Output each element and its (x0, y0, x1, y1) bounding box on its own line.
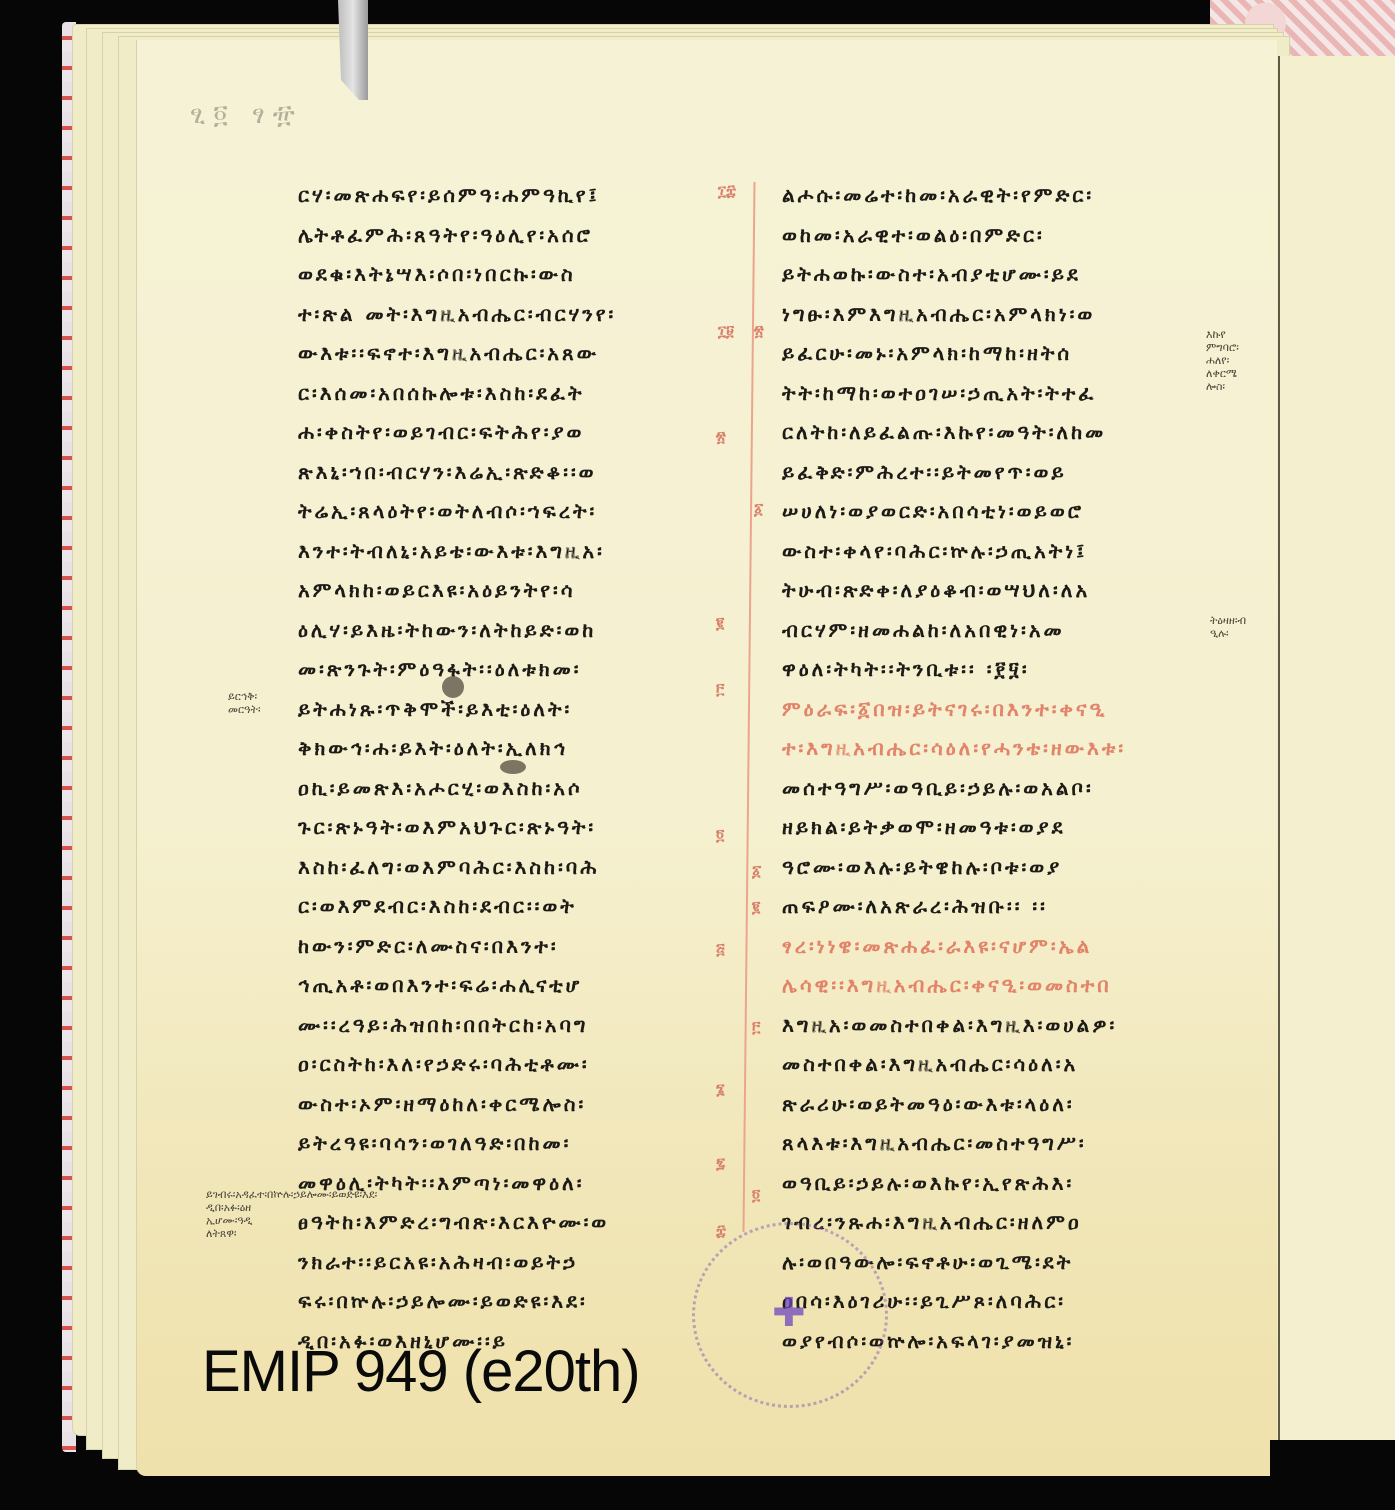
text-line: ብርሃም፡ዘመሐልከ፡ለአበዊነ፡አመ (782, 611, 1126, 651)
section-numeral: ፪ (716, 614, 724, 632)
text-line: እንተ፡ትብለኒ፡አይቴ፡ውእቱ፡እግዚአ፡ (298, 532, 616, 572)
section-numeral: ፬ (716, 826, 724, 844)
text-line: ሠሀለነ፡ወያወርድ፡አበሳቲነ፡ወይወሮ (782, 492, 1126, 532)
marginal-note: ትዕዛዘ፡ብ ዒሉ፡ (1210, 614, 1246, 640)
section-numeral: ፲፱ (718, 322, 734, 340)
section-numeral: ፮ (716, 1080, 725, 1098)
section-numeral: ፯ (716, 1154, 725, 1172)
text-line: ወከመ፡አራዊተ፡ወልዕ፡በምድር፡ (782, 216, 1126, 256)
section-numeral: ፳ (754, 322, 764, 340)
text-line: ዕሊሃ፡ይእዜ፡ትከውን፡ለትከይድ፡ወከ (298, 611, 616, 651)
text-line: ይፈቅድ፡ምሕረተ፡፡ይትመየጥ፡ወይ (782, 453, 1126, 493)
ink-stain (442, 676, 464, 698)
text-line: ጠፍዖሙ፡ለአጽራረ፡ሕዝቡ፡፡ ፡፡ (782, 887, 1126, 927)
image-caption: EMIP 949 (e20th) (202, 1338, 640, 1405)
text-line: ትሁብ፡ጽድቀ፡ለያዕቆብ፡ወሣህለ፡ለአ (782, 571, 1126, 611)
text-line: ትት፡ከማከ፡ወተዐገሠ፡ኃጢአት፡ትተፈ (782, 374, 1126, 414)
text-line: ውስተ፡ኦም፡ዘማዕከለ፡ቀርሜሎስ፡ (298, 1085, 616, 1125)
marginal-note: እኩየ ምግባሮ፡ ሐለየ፡ ለቀርሜ ሎስ፡ (1206, 328, 1239, 393)
section-numeral: ፰ (716, 1222, 726, 1240)
text-line: ዓሮሙ፡ወእሉ፡ይትዌከሉ፡ቦቱ፡ወያ (782, 848, 1126, 888)
text-line: ዋዕለ፡ትካት፡፡ትንቢቱ፡፡ ፡፻፶፡ (782, 650, 1126, 690)
text-line: ዘይክል፡ይትቃወሞ፡ዘመዓቱ፡ወያደ (782, 808, 1126, 848)
rubric-line: ፃረ፡ነነዌ፡መጽሐፈ፡ራእዩ፡ናሆም፡ኤል (782, 927, 1126, 967)
text-line: ሙ፡፡ረዓይ፡ሕዝበከ፡በበትርከ፡አባግ (298, 1006, 616, 1046)
text-line: ተ፡ጽል መት፡እግዚአብሔር፡ብርሃንየ፡ (298, 295, 616, 335)
text-line: እስከ፡ፈለግ፡ወእምባሕር፡እስከ፡ባሕ (298, 848, 616, 888)
text-line: መሰተዓግሥ፡ወዓቢይ፡ኃይሉ፡ወአልቦ፡ (782, 769, 1126, 809)
ink-stain (500, 760, 526, 774)
marginal-note: ይገብሩ፡አዳፈተ፡በኵሉ፡ኃይሎሙ፡ይወድዩ፡እደ፡ ዲበ፡አፉ፡ዕዘ ኢሆሙ… (206, 1188, 377, 1240)
text-line: ነግፁ፡እምእግዚአብሔር፡አምላክነ፡ወ (782, 295, 1126, 335)
rubric-line: ምዕራፍ፡፩በዝ፡ይትናገሩ፡በእንተ፡ቀናዒ (782, 690, 1126, 730)
section-numeral: ፩ (754, 500, 763, 518)
facing-page (1278, 56, 1395, 1456)
text-line: አምላክከ፡ወይርእዩ፡አዕይንትየ፡ሳ (298, 571, 616, 611)
section-numeral: ፫ (716, 680, 724, 698)
text-line: ልሖሱ፡መሬተ፡ከመ፡አራዊት፡የምድር፡ (782, 176, 1126, 216)
right-text-column: ልሖሱ፡መሬተ፡ከመ፡አራዊት፡የምድር፡ወከመ፡አራዊተ፡ወልዕ፡በምድር፡ይ… (782, 176, 1126, 1361)
text-line: ይፈርሁ፡መኑ፡አምላክ፡ከማከ፡ዘትሰ (782, 334, 1126, 374)
text-line: ጸላእቱ፡እግዚአብሔር፡መስተዓግሥ፡ (782, 1124, 1126, 1164)
text-line: ወዓቢይ፡ኃይሉ፡ወእኩየ፡ኢየጽሕእ፡ (782, 1164, 1126, 1204)
section-numeral: ፪ (752, 898, 760, 916)
text-line: እግዚአ፡ወመስተበቀል፡እግዚእ፡ወሀልዎ፡ (782, 1006, 1126, 1046)
text-line: ውእቱ፡፡ፍኖተ፡እግዚአብሔር፡አጸው (298, 334, 616, 374)
text-line: ኅጢአቶ፡ወበእንተ፡ፍሬ፡ሐሊናቲሆ (298, 966, 616, 1006)
text-line: ሌትቶፈምሕ፡ጸዓትየ፡ዓዕሊየ፡አሰሮ (298, 216, 616, 256)
text-line: ወደቁ፡እትኔሣእ፡ሶበ፡ነበርኩ፡ውስ (298, 255, 616, 295)
rubric-line: ተ፡እግዚአብሔር፡ሳዕለ፡የሓንቴ፡ዘውእቱ፡ (782, 729, 1126, 769)
section-numeral: ፬ (752, 1186, 760, 1204)
text-line: ርለትከ፡ለይፈልጡ፡እኩየ፡መዓት፡ለከመ (782, 413, 1126, 453)
text-line: ርሃ፡መጽሐፍየ፡ይሰምዓ፡ሐምዓኪየ፤ (298, 176, 616, 216)
text-line: ጽእኒ፡ኀበ፡ብርሃን፡እሬኢ፡ጽድቆ፡፡ወ (298, 453, 616, 493)
background-shadow (1270, 1440, 1395, 1510)
folio-number: ፂ፬ ፃ፹ (190, 100, 303, 131)
section-numeral: ፭ (716, 940, 725, 958)
section-numeral: ፫ (752, 1018, 760, 1036)
section-numeral: ፩ (752, 862, 761, 880)
text-line: ጉር፡ጽኑዓት፡ወእምአህጉር፡ጽኑዓት፡ (298, 808, 616, 848)
text-line: ውስተ፡ቀላየ፡ባሕር፡ኵሉ፡ኃጢአትነ፤ (782, 532, 1126, 572)
text-line: ትሬኢ፡ጸላዕትየ፡ወትለብሶ፡ኀፍረት፡ (298, 492, 616, 532)
text-line: ይትሐወኩ፡ውስተ፡አብያቲሆሙ፡ይደ (782, 255, 1126, 295)
text-line: ይትረዓዩ፡ባሳን፡ወገለዓድ፡በከመ፡ (298, 1124, 616, 1164)
text-line: ሐ፡ቀስትየ፡ወይገብር፡ፍትሕየ፡ያወ (298, 413, 616, 453)
marginal-note: ይርኅቅ፡ መርዓት፡ (228, 690, 261, 716)
text-line: ዐ፡ርስትከ፡እለ፡የኃድሩ፡ባሕቲቶሙ፡ (298, 1045, 616, 1085)
text-line: ንክራተ፡፡ይርአዩ፡አሕዛብ፡ወይትኃ (298, 1243, 616, 1283)
rubric-line: ሌሳዊ፡፡እግዚአብሔር፡ቀናዒ፡ወመስተበ (782, 966, 1126, 1006)
text-line: መስተበቀል፡እግዚአብሔር፡ሳዕለ፡አ (782, 1045, 1126, 1085)
section-numeral: ፲፰ (718, 182, 736, 200)
text-line: ከውን፡ምድር፡ለሙስና፡በእንተ፡ (298, 927, 616, 967)
text-line: ር፡ወእምደብር፡እስከ፡ደብር፡፡ወት (298, 887, 616, 927)
text-line: ጽራሪሁ፡ወይትመዓዕ፡ውእቱ፡ላዕለ፡ (782, 1085, 1126, 1125)
text-line: ፍሩ፡በኵሉ፡ኃይሎሙ፡ይወድዩ፡እደ፡ (298, 1282, 616, 1322)
left-text-column: ርሃ፡መጽሐፍየ፡ይሰምዓ፡ሐምዓኪየ፤ሌትቶፈምሕ፡ጸዓትየ፡ዓዕሊየ፡አሰሮ… (298, 176, 616, 1361)
cross-icon: ✚ (772, 1290, 806, 1336)
section-numeral: ፳ (716, 428, 726, 446)
text-line: ር፡እሰመ፡አበሰኩሎቱ፡እስከ፡ደፈት (298, 374, 616, 414)
text-line: ዐኪ፡ይመጽእ፡አሖርሂ፡ወእስከ፡አሶ (298, 769, 616, 809)
text-line: ቅክውኅ፡ሐ፡ይእት፡ዕለት፡ኢለክኅ (298, 729, 616, 769)
